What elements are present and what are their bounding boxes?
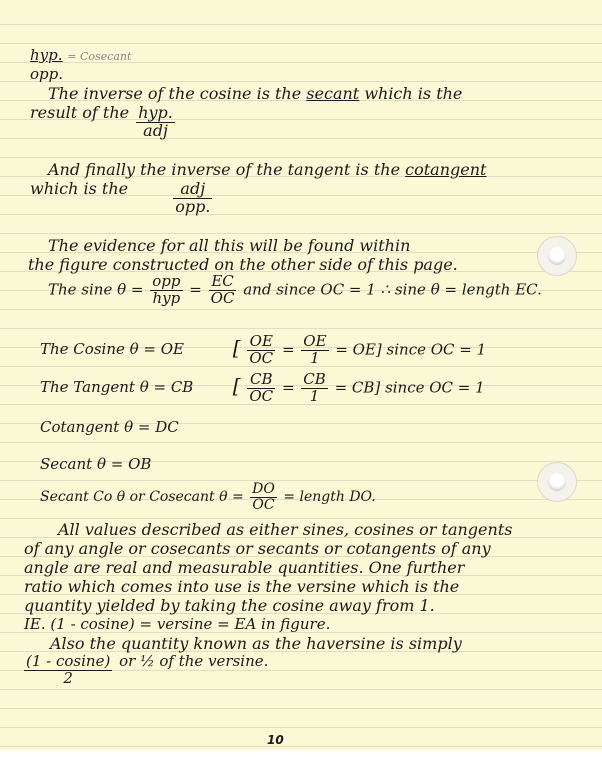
fraction-denominator: 1 <box>301 389 328 405</box>
text: since OC = 1 <box>385 378 485 396</box>
binder-hole-bottom <box>537 462 577 502</box>
text: which is the <box>30 179 128 198</box>
text: or ½ of the versine. <box>119 652 268 670</box>
line-cosecant: Secant Co θ or Cosecant θ = DO OC = leng… <box>40 482 376 512</box>
text: = CB] <box>335 378 381 396</box>
fraction-denominator: OC <box>247 351 275 367</box>
equals-sign: = <box>282 378 295 396</box>
opp-over-hyp-fraction: opp hyp <box>150 274 182 307</box>
fraction-denominator: 2 <box>24 671 112 687</box>
line-adj-over-opp: which is the adj opp. <box>30 181 214 216</box>
underlined-term: secant <box>306 84 359 103</box>
fraction-denominator: adj <box>136 123 175 140</box>
oe-over-one-fraction: OE 1 <box>301 334 328 367</box>
adj-over-opp-fraction: adj opp. <box>173 181 212 216</box>
cosecant-fraction-note: hyp. = Cosecant <box>30 48 131 63</box>
hyp-over-adj-fraction: hyp. adj <box>136 105 175 140</box>
line-tangent-definition: The Tangent θ = CB [ CB OC = CB 1 = CB] … <box>40 372 485 405</box>
paragraph-line-5: quantity yielded by taking the cosine aw… <box>24 598 435 614</box>
text: since OC = 1 <box>387 340 487 358</box>
fraction-denominator: 1 <box>301 351 328 367</box>
margin-note: = Cosecant <box>67 50 131 63</box>
text: The Tangent θ = CB <box>40 380 228 395</box>
ec-over-oc-fraction: EC OC <box>209 274 237 307</box>
one-minus-cosine-over-two-fraction: (1 - cosine) 2 <box>24 654 112 687</box>
fraction-denominator: OC <box>209 291 237 307</box>
line-evidence: The evidence for all this will be found … <box>48 238 410 254</box>
paragraph-line-haversine: Also the quantity known as the haversine… <box>50 636 462 652</box>
paragraph-line-1: All values described as either sines, co… <box>58 522 512 538</box>
scan-border <box>0 750 602 757</box>
cb-over-oc-fraction: CB OC <box>247 372 275 405</box>
text: The Cosine θ = OE <box>40 342 228 357</box>
equals-sign: = <box>282 340 295 358</box>
page-number: 10 <box>267 733 284 747</box>
line-result-hyp-adj: result of the hyp. adj <box>30 105 177 140</box>
paragraph-line-3: angle are real and measurable quantities… <box>24 560 464 576</box>
equals-sign: = <box>189 280 202 298</box>
line-figure-constructed: the figure constructed on the other side… <box>28 257 458 273</box>
do-over-oc-fraction: DO OC <box>250 482 277 512</box>
paragraph-line-2: of any angle or cosecants or secants or … <box>24 541 491 557</box>
bracket: [ <box>233 373 241 397</box>
paragraph-line-4: ratio which comes into use is the versin… <box>24 579 459 595</box>
text: = OE] <box>335 340 381 358</box>
fraction-denominator: OC <box>250 498 277 513</box>
bracket: [ <box>233 335 241 359</box>
binder-hole-top <box>537 236 577 276</box>
fraction-denominator: opp. <box>30 67 63 82</box>
cb-over-one-fraction: CB 1 <box>301 372 328 405</box>
text: And finally the inverse of the tangent i… <box>48 160 400 179</box>
fraction-numerator: hyp. <box>30 46 63 64</box>
text: Secant Co θ or Cosecant θ = <box>40 489 244 505</box>
notebook-page: hyp. = Cosecant opp. The inverse of the … <box>0 0 602 752</box>
text: and since OC = 1 ∴ sine θ = length EC. <box>243 280 542 298</box>
text: which is the <box>364 84 462 103</box>
text: result of the <box>30 103 129 122</box>
line-haversine-formula: (1 - cosine) 2 or ½ of the versine. <box>22 654 268 687</box>
text: = length DO. <box>283 489 375 505</box>
underlined-term: cotangent <box>405 160 486 179</box>
line-cosine-definition: The Cosine θ = OE [ OE OC = OE 1 = OE] s… <box>40 334 486 367</box>
oe-over-oc-fraction: OE OC <box>247 334 275 367</box>
line-cotangent: Cotangent θ = DC <box>40 420 179 435</box>
line-secant: Secant θ = OB <box>40 457 151 472</box>
text: The sine θ = <box>48 280 143 298</box>
paragraph-line-versine: IE. (1 - cosine) = versine = EA in figur… <box>24 617 330 632</box>
fraction-denominator: OC <box>247 389 275 405</box>
fraction-denominator: hyp <box>150 291 182 307</box>
line-inverse-tangent: And finally the inverse of the tangent i… <box>48 162 486 178</box>
text: The inverse of the cosine is the <box>48 84 301 103</box>
fraction-denominator: opp. <box>173 199 212 216</box>
fraction-numerator: DO <box>250 482 277 498</box>
line-sine-definition: The sine θ = opp hyp = EC OC and since O… <box>48 274 542 307</box>
line-inverse-cosine: The inverse of the cosine is the secant … <box>48 86 462 102</box>
